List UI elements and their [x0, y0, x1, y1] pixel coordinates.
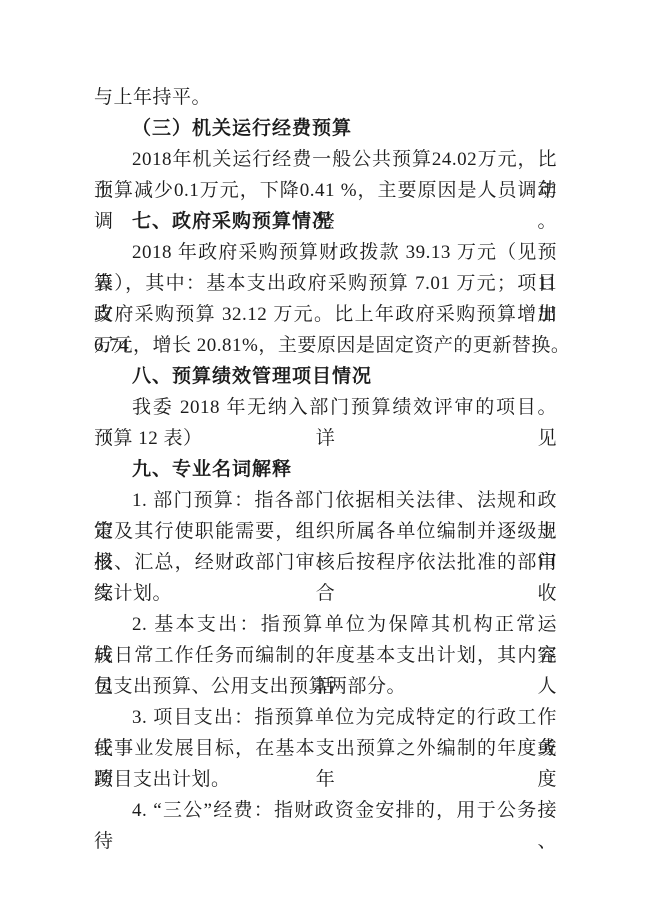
- text-line: 2018 年政府采购预算财政拨款 39.13 万元（见预算 11: [94, 237, 557, 268]
- text-line-glossary-3: 3. 项目支出：指预算单位为完成特定的行政工作任务: [94, 702, 557, 733]
- text-line: 2018年机关运行经费一般公共预算24.02万元，比上年: [94, 144, 557, 175]
- text-line: 与上年持平。: [94, 82, 557, 113]
- text-line-glossary-1: 1. 部门预算：指各部门依据相关法律、法规和政策规: [94, 485, 557, 516]
- text-line: 或事业发展目标，在基本支出预算之外编制的年度或跨年度: [94, 733, 557, 764]
- text-line: 表），其中：基本支出政府采购预算 7.01 万元；项目支出: [94, 268, 557, 299]
- text-line: 万元，增长 20.81%，主要原因是固定资产的更新替换。: [94, 330, 557, 361]
- text-line-glossary-4: 4. “三公”经费：指财政资金安排的，用于公务接待、: [94, 795, 557, 826]
- text-line: 政府采购预算 32.12 万元。比上年政府采购预算增加 6.74: [94, 299, 557, 330]
- text-line: 定及其行使职能需要，组织所属各单位编制并逐级上报、审: [94, 516, 557, 547]
- document-page: 与上年持平。 （三）机关运行经费预算 2018年机关运行经费一般公共预算24.0…: [0, 0, 650, 919]
- text-line: 成日常工作任务而编制的年度基本支出计划，其内容包括人: [94, 640, 557, 671]
- section-heading-8-performance-management: 八、预算绩效管理项目情况: [94, 361, 557, 392]
- document-text-block: 与上年持平。 （三）机关运行经费预算 2018年机关运行经费一般公共预算24.0…: [94, 82, 557, 826]
- text-line: 我委 2018 年无纳入部门预算绩效评审的项目。（详见: [94, 392, 557, 423]
- section-heading-3-office-operating-budget: （三）机关运行经费预算: [94, 113, 557, 144]
- section-heading-9-glossary: 九、专业名词解释: [94, 454, 557, 485]
- text-line: 预算减少0.1万元，下降0.41 %，主要原因是人员调动调整。: [94, 175, 557, 206]
- text-line: 核、汇总，经财政部门审核后按程序依法批准的部门综合收: [94, 547, 557, 578]
- text-line-glossary-2: 2. 基本支出：指预算单位为保障其机构正常运转、完: [94, 609, 557, 640]
